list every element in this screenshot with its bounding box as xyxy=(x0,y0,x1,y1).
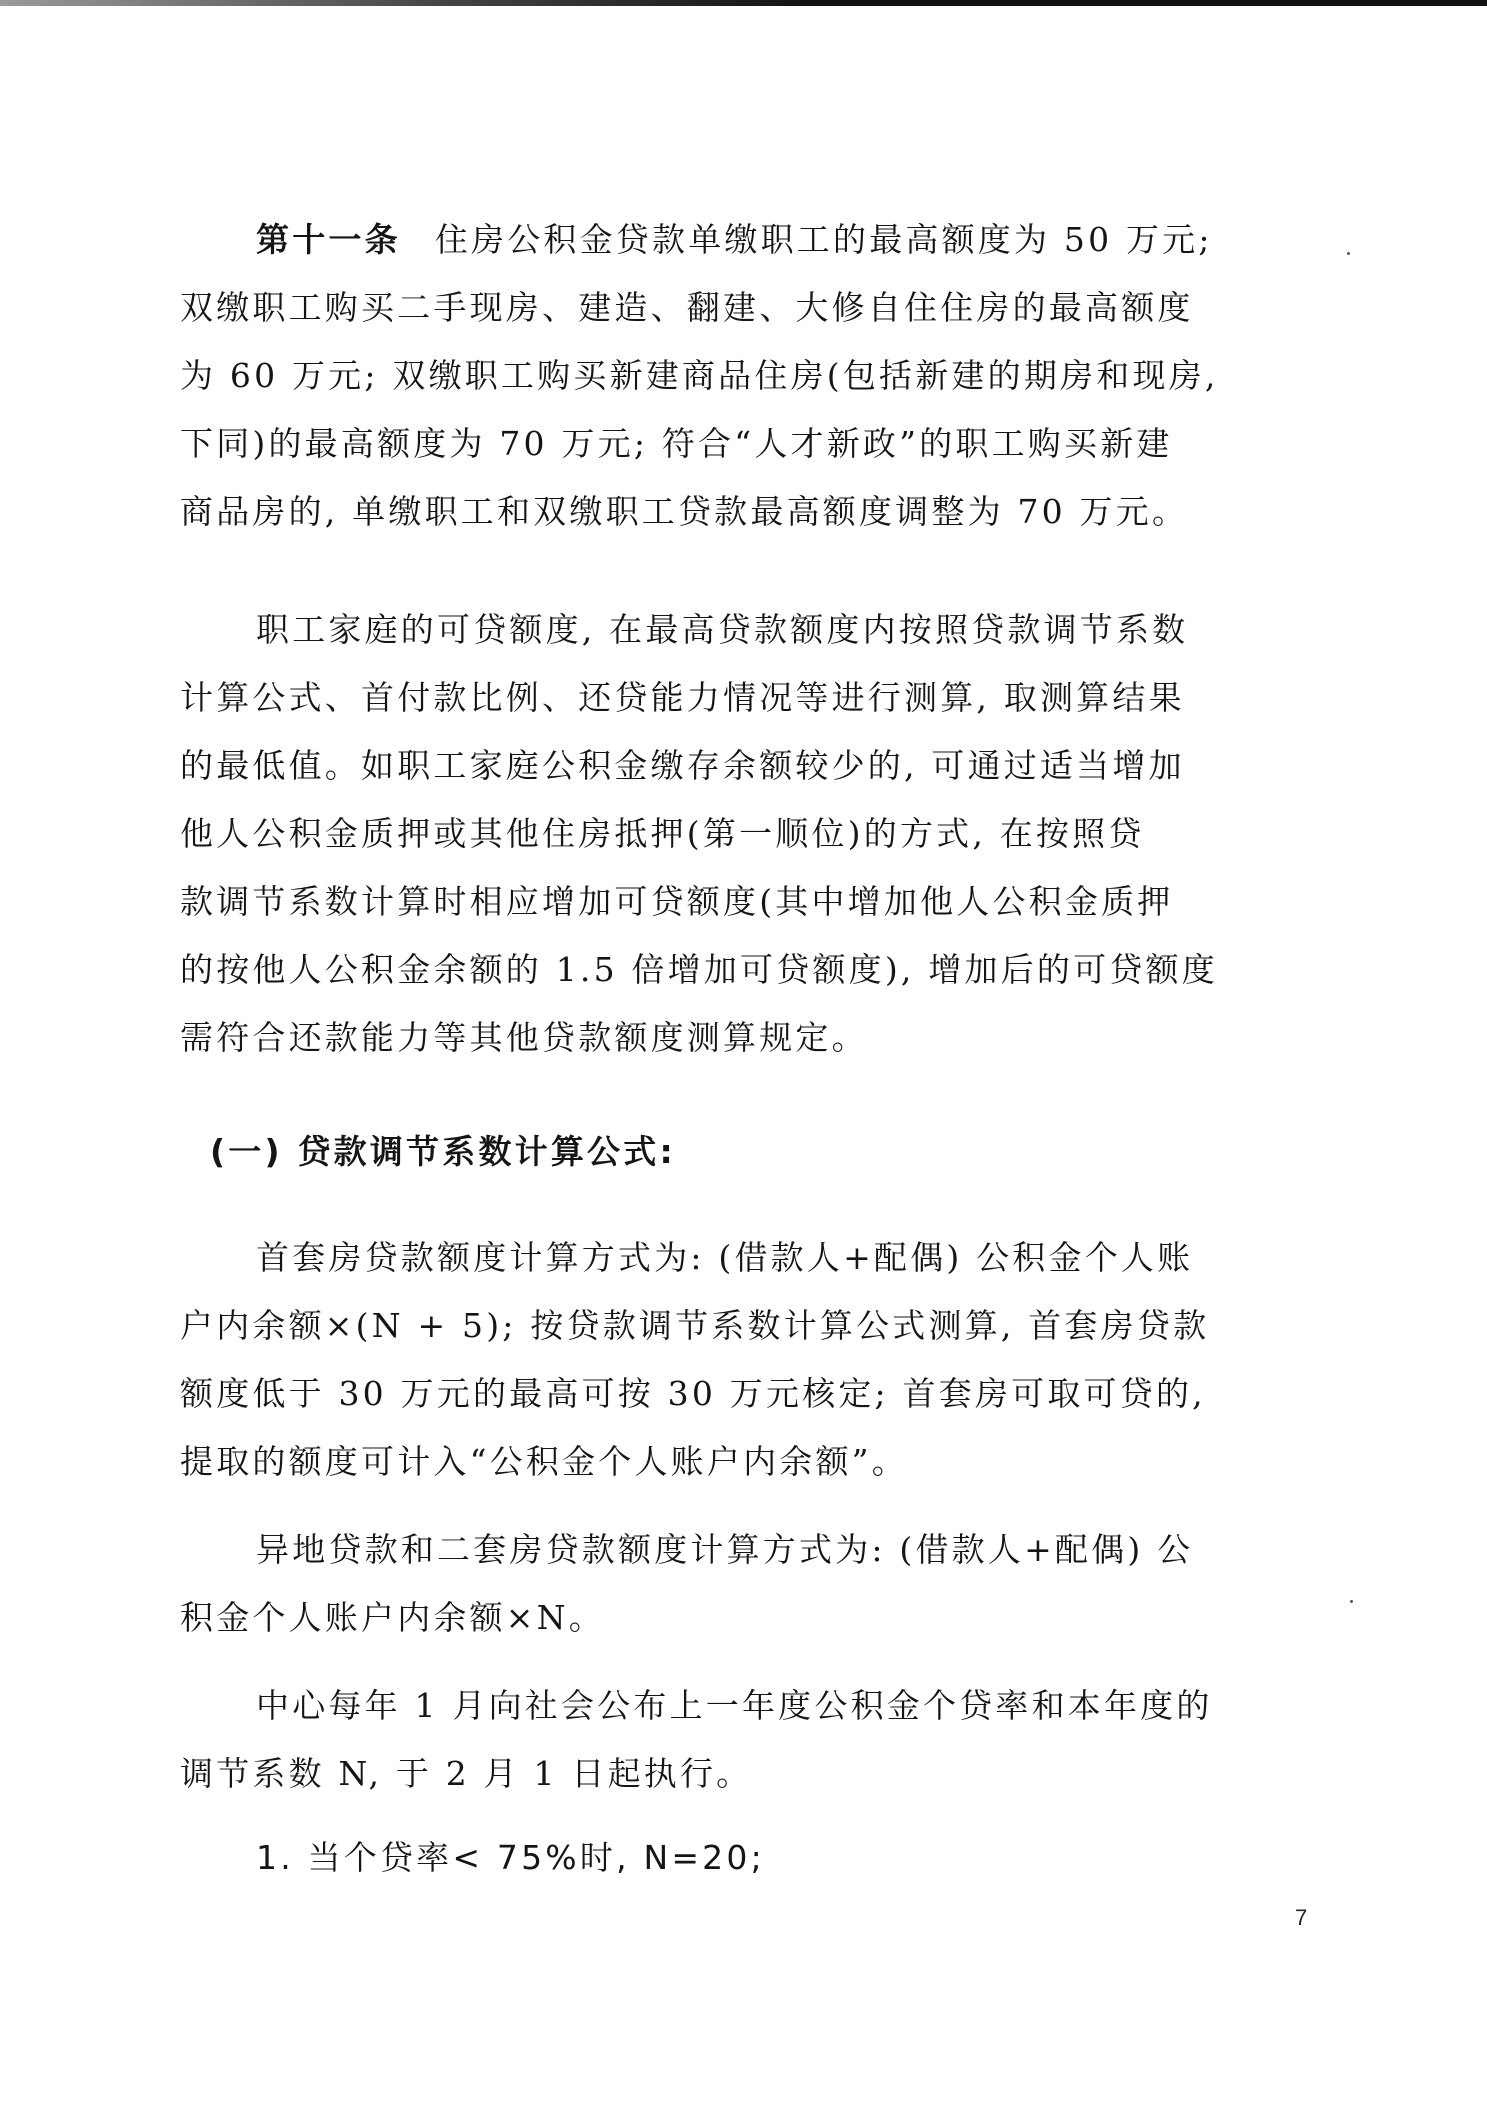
text-line: 的按他人公积金余额的 1.5 倍增加可贷额度), 增加后的可贷额度 xyxy=(180,948,1218,992)
page-number: 7 xyxy=(1295,1905,1307,1931)
text-line: 积金个人账户内余额×N。 xyxy=(180,1596,605,1640)
text-line: 额度低于 30 万元的最高可按 30 万元核定; 首套房可取可贷的, xyxy=(180,1372,1206,1416)
article-label: 第十一条 xyxy=(256,220,401,259)
text-line: 计算公式、首付款比例、还贷能力情况等进行测算, 取测算结果 xyxy=(180,676,1185,720)
paragraph-first-line: 首套房贷款额度计算方式为: (借款人+配偶) 公积金个人账 xyxy=(256,1236,1193,1280)
text-line: 双缴职工购买二手现房、建造、翻建、大修自住住房的最高额度 xyxy=(180,286,1194,330)
section-heading: (一) 贷款调节系数计算公式: xyxy=(210,1130,676,1174)
list-item: 1. 当个贷率< 75%时, N=20; xyxy=(256,1836,765,1880)
scan-speck xyxy=(1350,1600,1353,1603)
text-line: 需符合还款能力等其他贷款额度测算规定。 xyxy=(180,1016,868,1060)
text-line: 商品房的, 单缴职工和双缴职工贷款最高额度调整为 70 万元。 xyxy=(180,490,1188,534)
paragraph-first-line: 职工家庭的可贷额度, 在最高贷款额度内按照贷款调节系数 xyxy=(256,608,1188,652)
paragraph-first-line: 异地贷款和二套房贷款额度计算方式为: (借款人+配偶) 公 xyxy=(256,1528,1193,1572)
text-line: 的最低值。如职工家庭公积金缴存余额较少的, 可通过适当增加 xyxy=(180,744,1185,788)
text-line: 他人公积金质押或其他住房抵押(第一顺位)的方式, 在按照贷 xyxy=(180,812,1145,856)
text-line: 调节系数 N, 于 2 月 1 日起执行。 xyxy=(180,1752,752,1796)
text-line: 款调节系数计算时相应增加可贷额度(其中增加他人公积金质押 xyxy=(180,880,1173,924)
scan-edge-shadow xyxy=(0,0,1487,6)
scan-speck xyxy=(1347,252,1350,255)
text-line: 为 60 万元; 双缴职工购买新建商品住房(包括新建的期房和现房, xyxy=(180,354,1219,398)
text-line: 户内余额×(N + 5); 按贷款调节系数计算公式测算, 首套房贷款 xyxy=(180,1304,1209,1348)
text-line: 提取的额度可计入“公积金个人账户内余额”。 xyxy=(180,1440,908,1484)
paragraph-first-line: 中心每年 1 月向社会公布上一年度公积金个贷率和本年度的 xyxy=(256,1684,1213,1728)
article-text: 住房公积金贷款单缴职工的最高额度为 50 万元; xyxy=(435,220,1213,259)
text-line: 下同)的最高额度为 70 万元; 符合“人才新政”的职工购买新建 xyxy=(180,422,1173,466)
article-first-line: 第十一条住房公积金贷款单缴职工的最高额度为 50 万元; xyxy=(256,218,1213,262)
